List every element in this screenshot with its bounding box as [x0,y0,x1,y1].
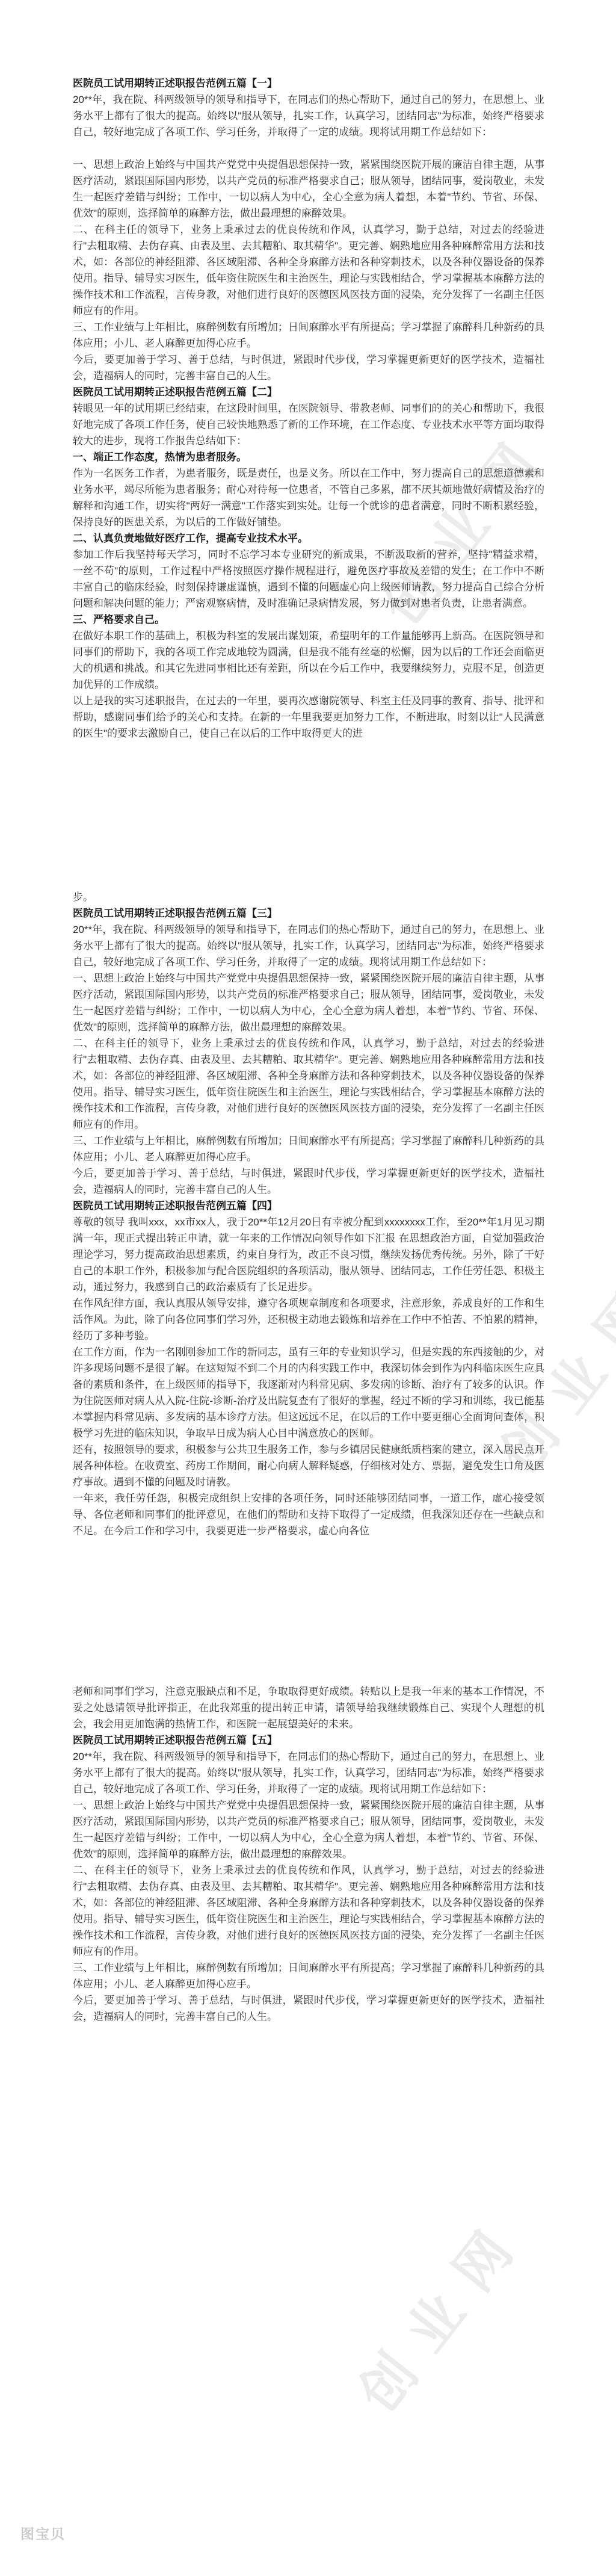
paragraph: 一、思想上政治上始终与中国共产党党中央提倡思想保持一致，紧紧围绕医院开展的廉洁自… [73,1797,544,1862]
report-title-3: 医院员工试用期转正述职报告范例五篇【三】 [73,905,544,921]
section-heading: 二、认真负责地做好医疗工作，提高专业技术水平。 [73,530,544,546]
paragraph: 20**年，我在院、科两级领导的领导和指导下，在同志们的热心帮助下，通过自己的努… [73,91,544,140]
paragraph: 三、工作业绩与上年相比，麻醉例数有所增加；日间麻醉水平有所提高；学习掌握了麻醉科… [73,1133,544,1165]
diagonal-watermark: 创业网 [337,2195,541,2426]
paragraph: 二、在科主任的领导下，业务上秉承过去的优良传统和作风，认真学习，勤于总结，对过去… [73,221,544,319]
paragraph: 二、在科主任的领导下，业务上秉承过去的优良传统和作风，认真学习，勤于总结，对过去… [73,1035,544,1133]
report-title-4: 医院员工试用期转正述职报告范例五篇【四】 [73,1198,544,1214]
report-title-2: 医院员工试用期转正述职报告范例五篇【二】 [73,384,544,400]
paragraph: 老师和同事们学习，注意克服缺点和不足，争取取得更好成绩。转贴以上是我一年来的基本… [73,1683,544,1732]
paragraph: 今后，要更加善于学习、善于总结，与时俱进，紧跟时代步伐，学习掌握更新更好的医学技… [73,1992,544,2025]
paragraph: 二、在科主任的领导下，业务上秉承过去的优良传统和作风，认真学习，勤于总结，对过去… [73,1862,544,1960]
page-break-gap [73,742,544,889]
paragraph: 在做好本职工作的基础上，积极为科室的发展出谋划策，希望明年的工作量能够再上新高。… [73,628,544,693]
section-heading: 三、严格要求自己。 [73,611,544,628]
paragraph: 尊敬的领导 我叫xxx，xx市xx人，我于20**年12月20日有幸被分配到xx… [73,1214,544,1295]
paragraph: 转眼见一年的试用期已经结束，在这段时间里，在医院领导、带教老师、同事们的的关心和… [73,400,544,449]
paragraph: 作为一名医务工作者，为患者服务，既是责任，也是义务。所以在工作中，努力提高自己的… [73,465,544,530]
paragraph: 20**年，我在院、科两级领导的领导和指导下，在同志们的热心帮助下，通过自己的努… [73,1748,544,1797]
report-title-1: 医院员工试用期转正述职报告范例五篇【一】 [73,75,544,91]
paragraph: 步。 [73,889,544,905]
paragraph: 还有，按照领导的要求，积极参与公共卫生服务工作，参与乡镇居民健康纸质档案的建立，… [73,1441,544,1490]
report-title-5: 医院员工试用期转正述职报告范例五篇【五】 [73,1732,544,1748]
paragraph: 20**年，我在院、科两级领导的领导和指导下，在同志们的热心帮助下，通过自己的努… [73,921,544,970]
paragraph: 三、工作业绩与上年相比，麻醉例数有所增加；日间麻醉水平有所提高；学习掌握了麻醉科… [73,1960,544,1992]
paragraph: 参加工作后我坚持每天学习，同时不忘学习本专业研究的新成果，不断汲取新的营养，坚持… [73,546,544,611]
paragraph: 今后，要更加善于学习、善于总结，与时俱进，紧跟时代步伐，学习掌握更新更好的医学技… [73,1165,544,1198]
paragraph: 一年来，我任劳任怨，积极完成组织上安排的各项任务，同时还能够团结同事，一道工作，… [73,1490,544,1539]
document-page: 创业网 创业网 创业网 医院员工试用期转正述职报告范例五篇【一】 20**年，我… [0,0,616,2576]
paragraph: 一、思想上政治上始终与中国共产党党中央提倡思想保持一致，紧紧围绕医院开展的廉洁自… [73,156,544,221]
page-break-gap [73,1539,544,1683]
report-document: 医院员工试用期转正述职报告范例五篇【一】 20**年，我在院、科两级领导的领导和… [73,75,544,2025]
section-heading: 一、端正工作态度，热情为患者服务。 [73,449,544,465]
paragraph: 在工作方面，作为一名刚刚参加工作的新同志，虽有三年的专业知识学习，但是实践的东西… [73,1344,544,1441]
paragraph: 一、思想上政治上始终与中国共产党党中央提倡思想保持一致，紧紧围绕医院开展的廉洁自… [73,970,544,1035]
corner-watermark: 图宝贝 [20,2523,66,2543]
paragraph: 以上是我的实习述职报告，在过去的一年里，要再次感谢院领导、科室主任及同事的教育、… [73,693,544,742]
paragraph: 今后，要更加善于学习、善于总结，与时俱进，紧跟时代步伐，学习掌握更新更好的医学技… [73,351,544,384]
paragraph: 三、工作业绩与上年相比，麻醉例数有所增加；日间麻醉水平有所提高；学习掌握了麻醉科… [73,319,544,351]
paragraph: 在作风纪律方面，我认真服从领导安排，遵守各项规章制度和各项要求，注意形象，养成良… [73,1295,544,1344]
blank-line [73,140,544,156]
